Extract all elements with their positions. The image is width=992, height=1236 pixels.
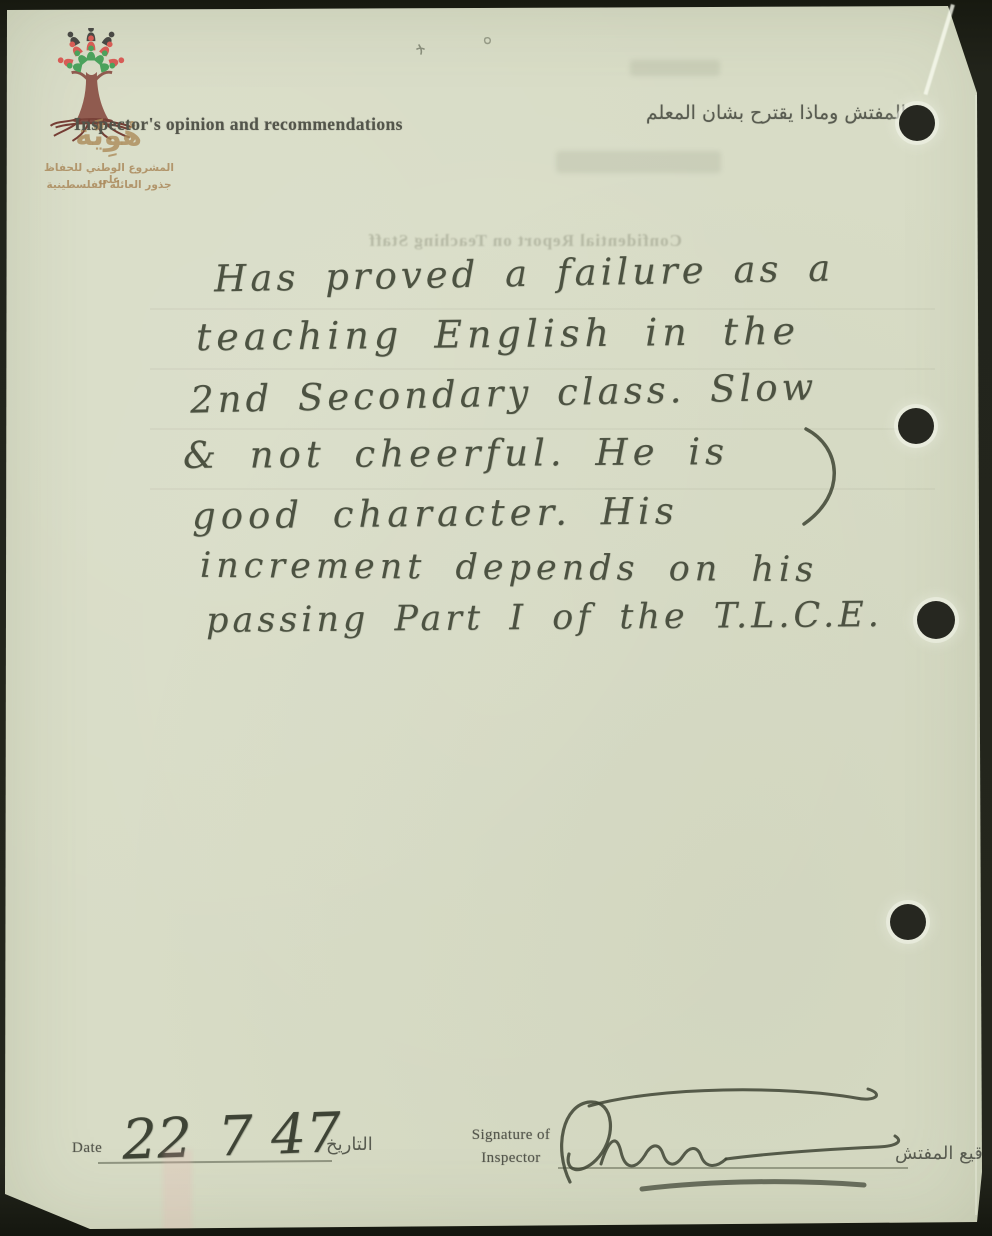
ghost-rule-line xyxy=(150,368,935,370)
handwriting-line: 2nd Secondary class. Slow xyxy=(190,365,818,421)
scanned-document: Confidential Report on Teaching Staff xyxy=(0,0,992,1236)
ghost-rule-line xyxy=(150,488,935,490)
handwriting-line: passing Part I of the T.L.C.E. xyxy=(206,595,883,641)
date-label: Date xyxy=(72,1140,102,1157)
handwriting-line: increment depends on his xyxy=(200,546,818,590)
bleed-through-smudge xyxy=(630,60,720,76)
ghost-rule-line xyxy=(150,308,935,310)
handwriting-line: good character. His xyxy=(192,489,679,537)
handwriting-line: teaching English in the xyxy=(196,309,800,359)
handwritten-date: 22747 xyxy=(121,1100,342,1172)
signature-label-line2: Inspector xyxy=(455,1147,567,1170)
pencil-mark xyxy=(485,38,491,44)
hole-punch xyxy=(917,601,955,639)
hole-punch xyxy=(898,408,934,444)
pencil-mark xyxy=(417,45,424,54)
tree-trunk xyxy=(77,72,109,120)
logo-subtitle-line2: جذور العائلة الفلسطينية xyxy=(33,179,185,191)
hole-punch xyxy=(890,904,926,940)
section-title-english: Inspector's opinion and recommendations xyxy=(74,114,403,135)
scan-color-streak xyxy=(163,1150,192,1234)
signature-label: Signature of Inspector xyxy=(455,1124,567,1171)
date-month: 7 xyxy=(217,1103,254,1168)
handwriting-line: & not cheerful. He is xyxy=(183,430,729,477)
bleed-through-smudge xyxy=(556,151,721,173)
date-label-arabic: التاريخ xyxy=(326,1134,373,1155)
paper-sheet: Confidential Report on Teaching Staff xyxy=(0,0,992,1236)
inspector-signature-ink xyxy=(562,1089,899,1189)
signature-label-line1: Signature of xyxy=(455,1124,567,1147)
flourish-stroke xyxy=(804,429,834,524)
signature-label-arabic: توقيع المفتش xyxy=(895,1143,992,1164)
paper-edge-highlight xyxy=(975,95,977,1215)
hole-punch xyxy=(899,105,935,141)
signature-underline xyxy=(558,1167,908,1169)
section-title-arabic: المفتش وماذا يقترح بشان المعلم xyxy=(646,102,906,124)
handwriting-line: Has proved a failure as a xyxy=(214,247,835,301)
ghost-rule-line xyxy=(150,428,935,430)
